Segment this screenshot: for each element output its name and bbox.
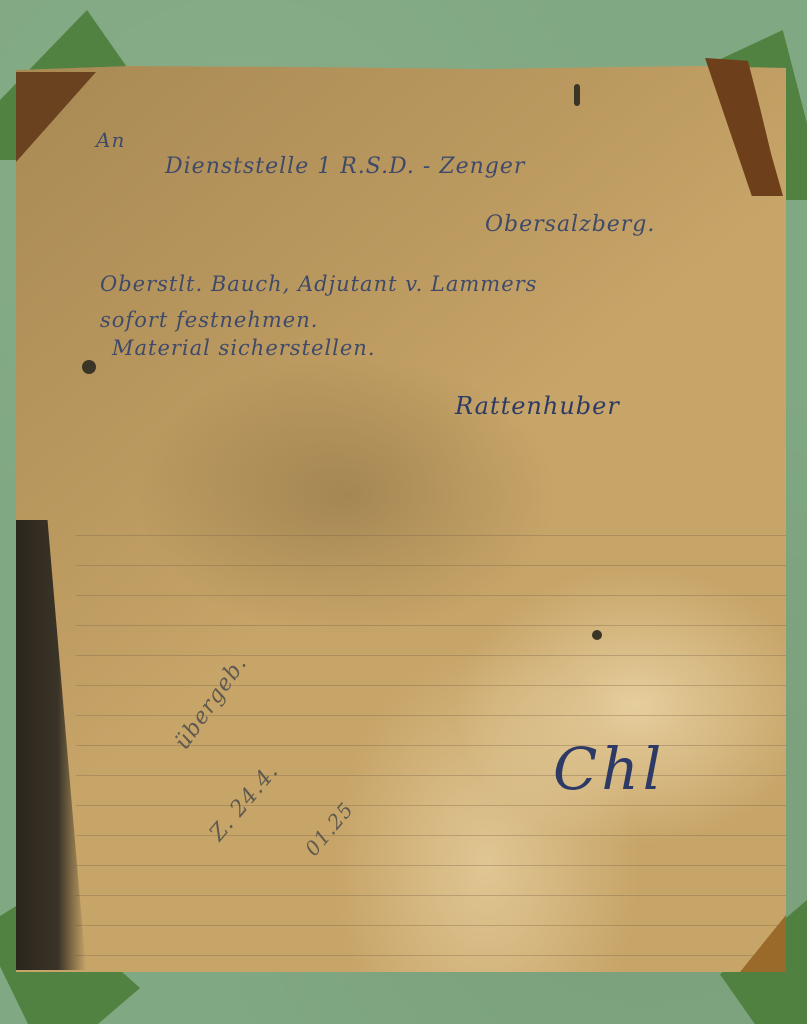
ink-spot [574, 84, 580, 106]
body-line-1: Oberstlt. Bauch, Adjutant v. Lammers [100, 272, 537, 296]
body-line-2: sofort festnehmen. [100, 308, 318, 332]
initials-signature: Chl [553, 735, 665, 803]
body-line-3: Material sicherstellen. [112, 336, 376, 360]
salutation-text: An [96, 128, 125, 152]
location-text: Obersalzberg. [485, 212, 655, 237]
document-paper [16, 66, 786, 972]
ink-spot [592, 630, 602, 640]
recipient-line: Dienststelle 1 R.S.D. - Zenger [165, 154, 525, 179]
sender-signature: Rattenhuber [455, 392, 620, 420]
ink-spot [82, 360, 96, 374]
